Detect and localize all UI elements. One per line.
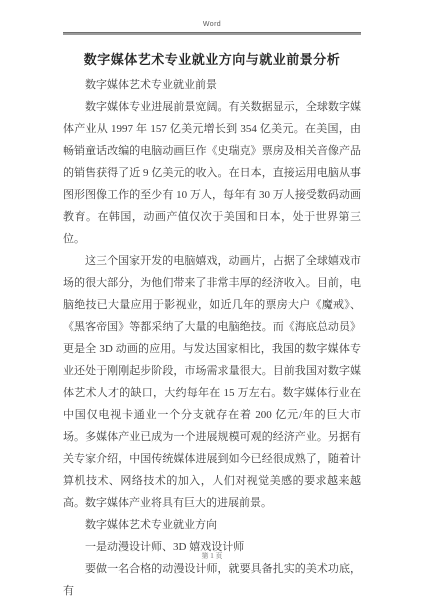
document-body: 数字媒体艺术专业就业前景 数字媒体专业进展前景宽阔。有关数据显示，全球数字媒体产…	[63, 74, 361, 600]
document-footer: 第 1 页	[0, 551, 424, 561]
paragraph-designer-requirements: 要做一名合格的动漫设计师，就要具备扎实的美术功底，有	[63, 558, 361, 600]
document-title: 数字媒体艺术专业就业方向与就业前景分析	[0, 50, 424, 70]
header-rule	[63, 32, 361, 35]
paragraph-market-analysis: 这三个国家开发的电脑嬉戏，动画片，占据了全球嬉戏市场的很大部分，为他们带来了非常…	[63, 250, 361, 514]
paragraph-industry-growth: 数字媒体专业进展前景宽阔。有关数据显示，全球数字媒体产业从 1997 年 157…	[63, 96, 361, 250]
document-page: Word 数字媒体艺术专业就业方向与就业前景分析 数字媒体艺术专业就业前景 数字…	[0, 0, 424, 600]
paragraph-employment-prospect-heading: 数字媒体艺术专业就业前景	[63, 74, 361, 96]
paragraph-employment-direction-heading: 数字媒体艺术专业就业方向	[63, 514, 361, 536]
header-app-label: Word	[63, 20, 361, 29]
document-header: Word	[63, 20, 361, 35]
page-number: 第 1 页	[202, 552, 223, 560]
